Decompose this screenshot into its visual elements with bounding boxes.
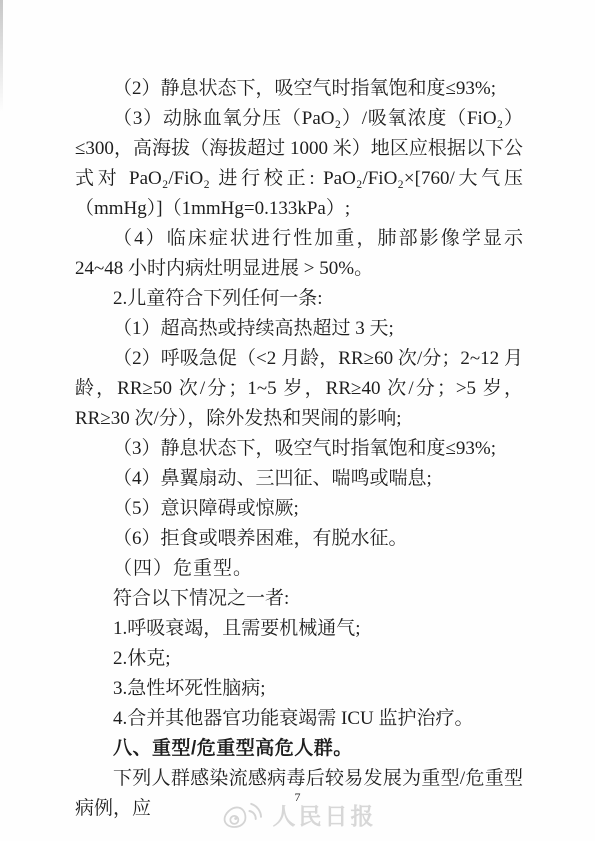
child-clause-3: （3）静息状态下，吸空气时指氧饱和度≤93%; xyxy=(75,434,523,464)
page-footer: 7 人民日报 xyxy=(0,791,595,841)
child-clause-6: （6）拒食或喂养困难，有脱水征。 xyxy=(75,524,523,554)
children-criteria-intro: 2.儿童符合下列任何一条: xyxy=(75,284,523,314)
critical-item-2: 2.休克; xyxy=(75,644,523,674)
scan-edge-artifact xyxy=(0,0,3,112)
section-critical-type: （四）危重型。 xyxy=(75,554,523,584)
critical-item-3: 3.急性坏死性脑病; xyxy=(75,674,523,704)
section-heading-high-risk: 八、重型/危重型高危人群。 xyxy=(75,734,523,764)
child-clause-1: （1）超高热或持续高热超过 3 天; xyxy=(75,314,523,344)
clause-adult-3: （3）动脉血氧分压（PaO₂）/吸氧浓度（FiO₂）≤300，高海拔（海拔超过 … xyxy=(75,104,523,224)
clause-adult-4: （4）临床症状进行性加重，肺部影像学显示 24~48 小时内病灶明显进展 > 5… xyxy=(75,224,523,284)
child-clause-5: （5）意识障碍或惊厥; xyxy=(75,494,523,524)
document-body: （2）静息状态下，吸空气时指氧饱和度≤93%; （3）动脉血氧分压（PaO₂）/… xyxy=(75,74,523,824)
critical-item-4: 4.合并其他器官功能衰竭需 ICU 监护治疗。 xyxy=(75,704,523,734)
document-page: （2）静息状态下，吸空气时指氧饱和度≤93%; （3）动脉血氧分压（PaO₂）/… xyxy=(0,0,595,841)
child-clause-4: （4）鼻翼扇动、三凹征、喘鸣或喘息; xyxy=(75,464,523,494)
critical-item-1: 1.呼吸衰竭，且需要机械通气; xyxy=(75,614,523,644)
critical-criteria-intro: 符合以下情况之一者: xyxy=(75,584,523,614)
page-number: 7 xyxy=(0,790,595,805)
clause-adult-2: （2）静息状态下，吸空气时指氧饱和度≤93%; xyxy=(75,74,523,104)
child-clause-2: （2）呼吸急促（<2 月龄，RR≥60 次/分；2~12 月龄，RR≥50 次/… xyxy=(75,344,523,434)
